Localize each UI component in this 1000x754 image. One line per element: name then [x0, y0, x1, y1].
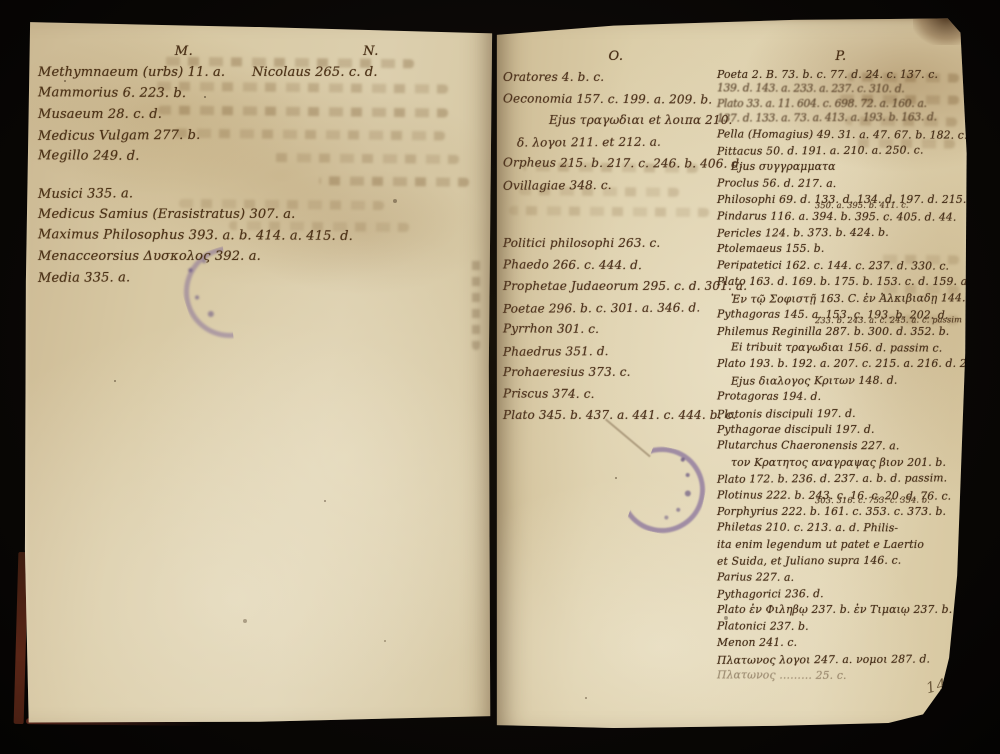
- index-entry: Platonici 237. b.: [717, 618, 965, 636]
- index-entry: et Suida, et Juliano supra 146. c.: [717, 552, 965, 570]
- index-entry: Proclus 56. d. 217. a.: [717, 175, 965, 193]
- photo-background: M. Methymnaeum (urbs) 11. a.Mammorius 6.…: [0, 0, 1000, 754]
- index-entry: Ovillagiae 348. c.: [503, 174, 729, 197]
- index-entry: 303. 316. c. 753. c. 354. b.: [717, 495, 965, 505]
- index-entry: Plato 193. b. 192. a. 207. c. 215. a. 21…: [717, 356, 965, 372]
- index-entry: Pythagorae discipuli 197. d.: [717, 422, 965, 438]
- index-entry: Menacceorsius Δυσκολος 392. a.: [38, 246, 330, 267]
- index-entry: Philemus Reginilla 287. b. 300. d. 352. …: [717, 324, 965, 340]
- index-entry: Phaedrus 351. d.: [503, 340, 739, 363]
- index-entry: Poetae 296. b. c. 301. a. 346. d.: [503, 297, 739, 320]
- index-entry: Plato 163. d. 169. b. 175. b. 153. c. d.…: [717, 274, 965, 290]
- right-page: O. Oratores 4. b. c.Oeconomia 157. c. 19…: [495, 17, 969, 733]
- index-entry: Pella (Homagius) 49. 31. a. 47. 67. b. 1…: [717, 126, 965, 144]
- index-entry: Platonis discipuli 197. d.: [717, 405, 965, 423]
- bleed-through-smudge: [509, 206, 709, 217]
- index-entry: Menon 241. c.: [717, 635, 965, 651]
- index-entry: Pyrrhon 301. c.: [503, 318, 739, 341]
- index-entry: 137. d. 133. a. 73. a. 413. a. 193. b. 1…: [717, 109, 965, 127]
- page-number: 14: [924, 675, 949, 698]
- index-entry: Phaedo 266. c. 444. d.: [503, 254, 739, 277]
- index-entry: Peripatetici 162. c. 144. c. 237. d. 330…: [717, 257, 965, 275]
- index-entry: Pericles 124. b. 373. b. 424. b.: [717, 224, 965, 242]
- index-entry: Pindarus 116. a. 394. b. 395. c. 405. d.…: [717, 208, 965, 226]
- index-entry: Priscus 374. c.: [503, 383, 739, 406]
- section-header-o: O.: [503, 49, 729, 64]
- index-list-n: Nicolaus 265. c. d.: [246, 62, 496, 83]
- index-entry: Plato 345. b. 437. a. 441. c. 444. b. c.: [503, 405, 739, 427]
- index-entry: Media 335. a.: [38, 266, 330, 289]
- index-list-p-right: Poeta 2. B. 73. b. c. 77. d. 24. c. 137.…: [717, 67, 965, 684]
- index-entry: Plato ἐν Φιληβῳ 237. b. ἐν Τιμαιῳ 237. b…: [717, 602, 965, 618]
- index-entry: Megillo 249. d.: [38, 145, 330, 168]
- index-entry: Ejus συγγραμματα: [717, 159, 965, 175]
- burned-corner: [913, 17, 961, 45]
- section-header-p: P.: [717, 49, 965, 64]
- index-entry: Ptolemaeus 155. b.: [717, 241, 965, 257]
- index-entry: Philetas 210. c. 213. a. d. Philis-: [717, 520, 965, 538]
- index-entry: Pittacus 50. d. 191. a. 210. a. 250. c.: [717, 142, 965, 160]
- index-list-m: Methymnaeum (urbs) 11. a.Mammorius 6. 22…: [38, 62, 330, 288]
- bleed-through-smudge-vertical: [472, 255, 480, 350]
- index-entry: Parius 227. a.: [717, 569, 965, 587]
- index-entry: Ejus διαλογος Κριτων 148. d.: [717, 372, 965, 390]
- index-entry: Plutarchus Chaeronensis 227. a.: [717, 438, 965, 456]
- index-entry: Musaeum 28. c. d.: [38, 104, 330, 125]
- index-entry: Ei tribuit τραγωδιαι 156. d. passim c.: [717, 339, 965, 357]
- index-entry: Protagoras 194. d.: [717, 388, 965, 406]
- index-entry: Medicus Vulgam 277. b.: [38, 124, 330, 147]
- index-list-p-left: Politici philosophi 263. c.Phaedo 266. c…: [503, 233, 739, 427]
- index-entry: Ejus τραγωδιαι et λοιπα 210.: [503, 110, 729, 132]
- index-entry: ita enim legendum ut patet e Laertio: [717, 537, 965, 553]
- index-entry: Porphyrius 222. b. 161. c. 353. c. 373. …: [717, 504, 965, 520]
- index-entry: Ἐν τῷ Σοφιστῇ 163. C. ἐν Ἀλκιβιαδῃ 144. …: [717, 290, 965, 308]
- index-entry: Pythagorici 236. d.: [717, 585, 965, 603]
- index-entry: Musici 335. a.: [38, 182, 330, 205]
- index-entry: Mammorius 6. 223. b.: [38, 82, 330, 105]
- index-entry: Orpheus 215. b. 217. c. 246. b. 406. d.: [503, 152, 729, 175]
- index-entry: Prophetae Judaeorum 295. c. d. 301. a.: [503, 276, 739, 298]
- index-entry: Oeconomia 157. c. 199. a. 209. b.: [503, 88, 729, 111]
- index-entry: Politici philosophi 263. c.: [503, 233, 739, 255]
- index-entry: Prohaeresius 373. c.: [503, 362, 739, 384]
- bleed-through-smudge: [319, 176, 469, 187]
- index-entry: δ. λογοι 211. et 212. a.: [503, 131, 729, 154]
- index-entry: Nicolaus 265. c. d.: [246, 62, 496, 83]
- index-entry: Maximus Philosophus 393. a. b. 414. a. 4…: [38, 224, 330, 247]
- ink-stamp: [611, 439, 713, 541]
- index-entry: 233. b. 243. a. c. 245. a. c. passim: [717, 315, 965, 325]
- index-entry: τον Κρατητος αναγραψας βιον 201. b.: [717, 455, 965, 471]
- section-header-n: N.: [246, 44, 496, 59]
- index-entry: Oratores 4. b. c.: [503, 67, 729, 89]
- index-entry: Plato 172. b. 236. d. 237. a. b. d. pass…: [717, 470, 965, 488]
- index-list-o: Oratores 4. b. c.Oeconomia 157. c. 199. …: [503, 67, 729, 196]
- index-entry: Medicus Samius (Erasistratus) 307. a.: [38, 204, 330, 225]
- left-page: M. Methymnaeum (urbs) 11. a.Mammorius 6.…: [24, 20, 494, 726]
- index-entry: Πλατωνος λογοι 247. a. νομοι 287. d.: [717, 651, 965, 669]
